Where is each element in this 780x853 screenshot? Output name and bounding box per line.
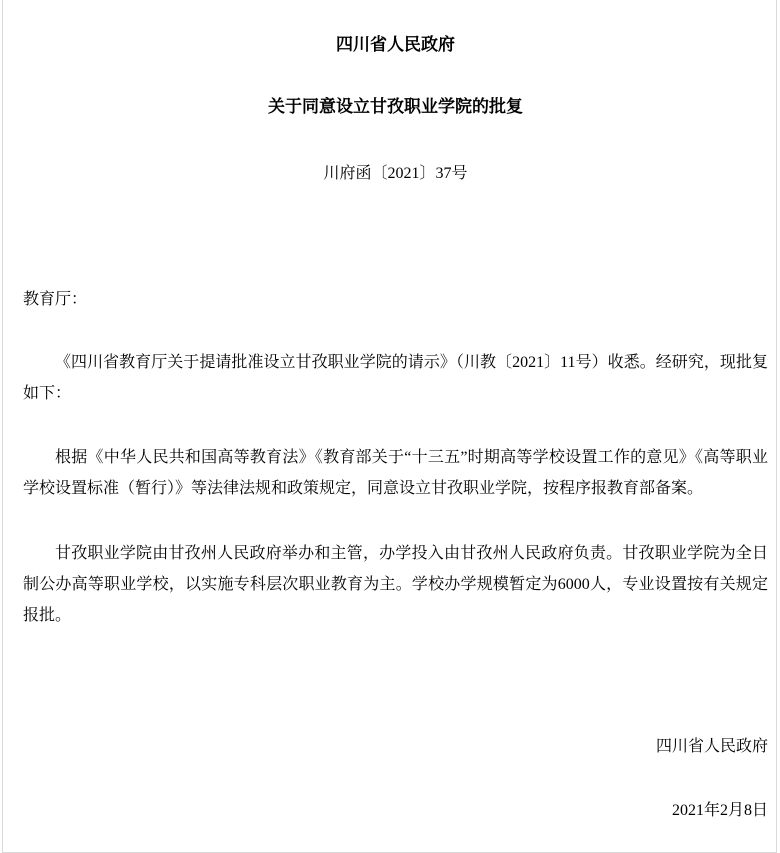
signature-issuer: 四川省人民政府 [23, 731, 768, 762]
body-paragraph: 《四川省教育厅关于提请批准设立甘孜职业学院的请示》（川教〔2021〕11号）收悉… [23, 347, 768, 409]
document-number: 川府函〔2021〕37号 [23, 158, 768, 189]
signature-date: 2021年2月8日 [23, 795, 768, 826]
document-issuer-title: 四川省人民政府 [23, 29, 768, 60]
body-paragraph: 甘孜职业学院由甘孜州人民政府举办和主管，办学投入由甘孜州人民政府负责。甘孜职业学… [23, 538, 768, 631]
salutation: 教育厅： [23, 284, 768, 315]
body-paragraph: 根据《中华人民共和国高等教育法》《教育部关于“十三五”时期高等学校设置工作的意见… [23, 442, 768, 504]
document-subject-title: 关于同意设立甘孜职业学院的批复 [23, 91, 768, 122]
document-page: 四川省人民政府 关于同意设立甘孜职业学院的批复 川府函〔2021〕37号 教育厅… [2, 0, 777, 853]
